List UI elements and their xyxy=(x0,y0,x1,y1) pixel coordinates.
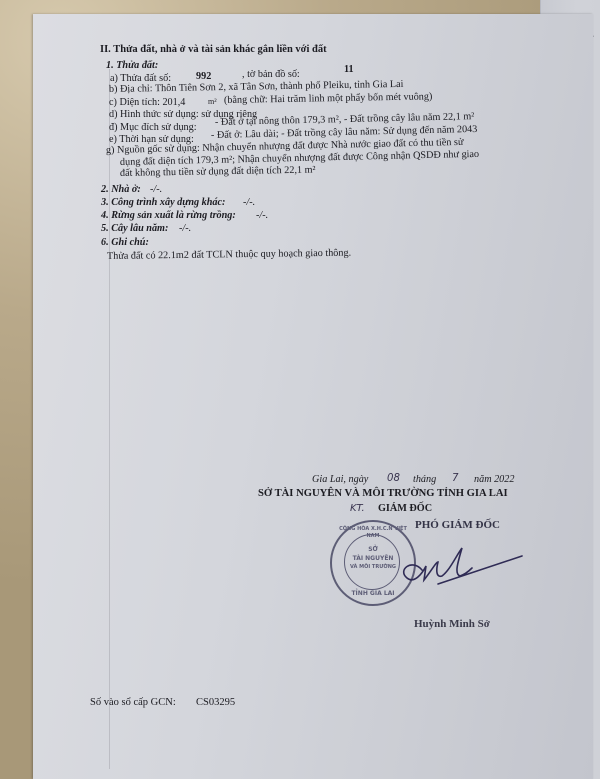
date-day: 08 xyxy=(387,473,400,485)
signer-name: Huỳnh Minh Sở xyxy=(414,618,490,630)
item-other-construction-value: -/-. xyxy=(243,197,255,209)
item-perennial-label: 5. Cây lâu năm: xyxy=(101,223,168,235)
stamp-bottom-text: TỈNH GIA LAI xyxy=(332,590,414,597)
item-other-construction-label: 3. Công trình xây dựng khác: xyxy=(101,197,225,209)
registry-number: CS03295 xyxy=(196,697,235,709)
purpose-label: đ) Mục đích sử dụng: xyxy=(109,122,197,134)
date-place: Gia Lai, ngày xyxy=(312,474,368,486)
land-heading: 1. Thửa đất: xyxy=(106,60,158,72)
item-forest-label: 4. Rừng sản xuất là rừng trồng: xyxy=(101,210,236,222)
stamp-outer-text: CỘNG HÒA X.H.C.N VIỆT NAM xyxy=(332,526,414,540)
date-month: 7 xyxy=(452,473,458,485)
area-label: c) Diện tích: 201,4 xyxy=(109,97,185,109)
item-house-label: 2. Nhà ở: xyxy=(101,184,141,196)
director-title: GIÁM ĐỐC xyxy=(378,503,432,515)
margin-line xyxy=(109,69,110,769)
director-prefix-handwritten: KT. xyxy=(350,503,365,515)
item-perennial-value: -/-. xyxy=(179,223,191,235)
map-sheet-label: , tờ bản đồ số: xyxy=(242,69,300,81)
deputy-title: PHÓ GIÁM ĐỐC xyxy=(415,519,500,531)
item-notes-label: 6. Ghi chú: xyxy=(101,237,149,249)
item-house-value: -/-. xyxy=(150,184,162,196)
issuing-authority: SỞ TÀI NGUYÊN VÀ MÔI TRƯỜNG TỈNH GIA LAI xyxy=(258,488,508,500)
date-year: năm 2022 xyxy=(474,474,514,486)
parcel-number: 992 xyxy=(196,71,211,83)
map-sheet-number: 11 xyxy=(344,64,354,76)
signature-icon xyxy=(392,540,532,590)
registry-label: Số vào sổ cấp GCN: xyxy=(90,697,176,709)
area-unit: m² xyxy=(208,96,217,108)
section-title: II. Thửa đất, nhà ở và tài sản khác gắn … xyxy=(100,44,327,56)
date-month-label: tháng xyxy=(413,474,436,486)
item-forest-value: -/-. xyxy=(256,210,268,222)
